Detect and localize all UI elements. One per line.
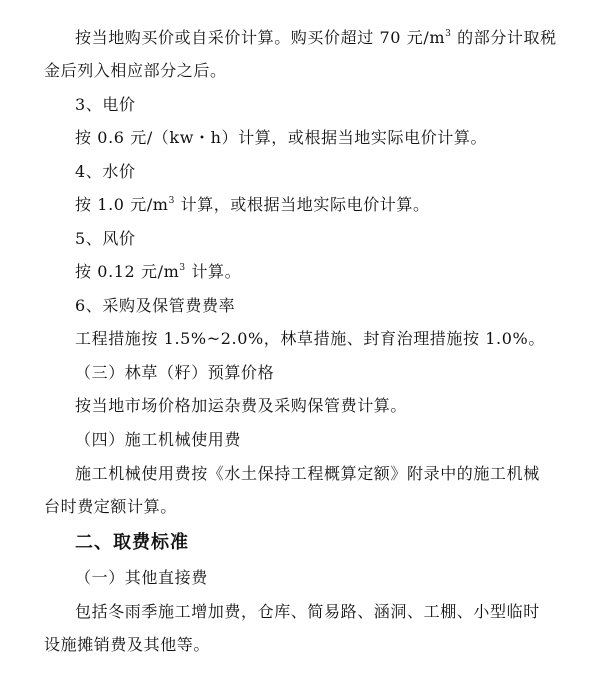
text-segment: 按当地购买价或自采价计算。购买价超过 70 元/m [75,28,445,47]
subheading-electricity-price: 3、电价 [75,95,136,115]
paragraph-forest-grass-price: 按当地市场价格加运杂费及采购保管费计算。 [75,396,407,416]
paragraph-machinery-cost-line1: 施工机械使用费按《水土保持工程概算定额》附录中的施工机械 [75,464,540,484]
paragraph-water-price: 按 1.0 元/m3 计算，或根据当地实际电价计算。 [75,195,430,215]
paragraph-electricity-price: 按 0.6 元/（kw・h）计算，或根据当地实际电价计算。 [75,128,487,148]
section-other-direct-costs: （一）其他直接费 [75,568,208,588]
paragraph-other-direct-costs-line2: 设施摊销费及其他等。 [44,635,210,655]
section-forest-grass-price: （三）林草（籽）预算价格 [75,363,274,383]
paragraph-material-price-line2: 金后列入相应部分之后。 [44,61,227,81]
text-segment: 计算，或根据当地实际电价计算。 [175,195,430,214]
paragraph-material-price-line1: 按当地购买价或自采价计算。购买价超过 70 元/m3 的部分计取税 [75,28,557,48]
subheading-wind-price: 5、风价 [75,229,136,249]
paragraph-other-direct-costs-line1: 包括冬雨季施工增加费，仓库、简易路、涵洞、工棚、小型临时 [75,602,540,622]
document-page: 按当地购买价或自采价计算。购买价超过 70 元/m3 的部分计取税 金后列入相应… [0,0,590,681]
text-segment: 按 0.12 元/m [75,262,179,281]
paragraph-wind-price: 按 0.12 元/m3 计算。 [75,262,241,282]
section-machinery-cost: （四）施工机械使用费 [75,430,241,450]
text-segment: 计算。 [186,262,242,281]
subheading-water-price: 4、水价 [75,162,136,182]
text-segment: 按 1.0 元/m [75,195,169,214]
heading-fee-standards: 二、取费标准 [75,533,189,553]
paragraph-machinery-cost-line2: 台时费定额计算。 [44,497,177,517]
subheading-procurement-rate: 6、采购及保管费费率 [75,296,235,316]
paragraph-procurement-rate: 工程措施按 1.5%~2.0%，林草措施、封育治理措施按 1.0%。 [75,329,545,349]
text-segment: 的部分计取税 [451,28,556,47]
